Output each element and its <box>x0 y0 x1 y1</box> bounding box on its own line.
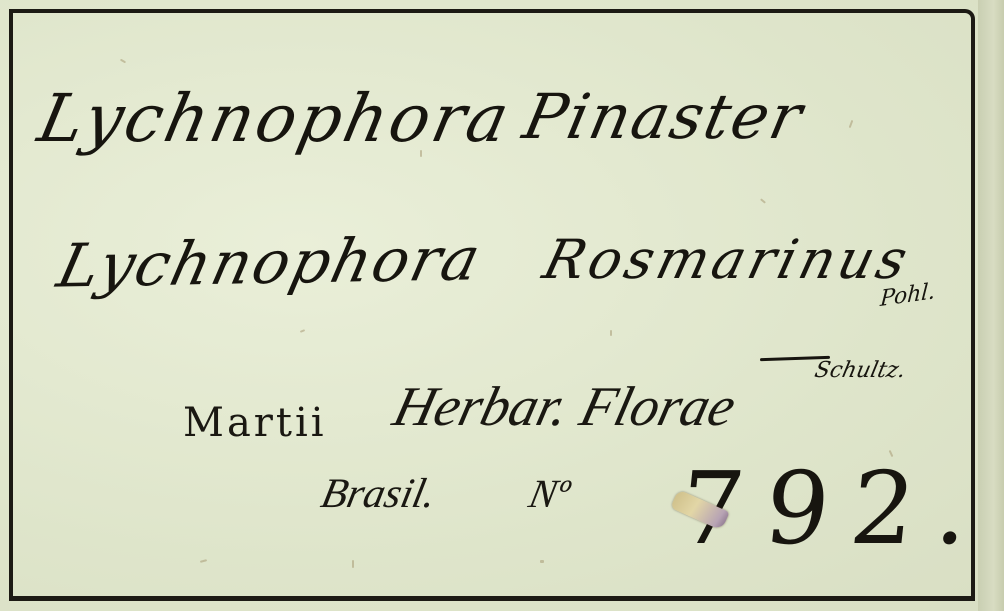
printed-martii: Martii <box>183 400 327 446</box>
epithet-line-2: Rosmarinus <box>537 228 917 291</box>
label-paper: Lychnophora Pinaster Lychnophora Rosmari… <box>0 0 1004 611</box>
genus-line-1: Lychnophora <box>32 80 518 157</box>
printed-brasil: Brasil. <box>317 470 440 518</box>
authority-schultz: Schultz. <box>812 358 908 383</box>
genus-line-2: Lychnophora <box>51 224 488 301</box>
epithet-line-1: Pinaster <box>517 80 810 153</box>
printed-herbar-florae: Herbar. Florae <box>387 375 742 439</box>
